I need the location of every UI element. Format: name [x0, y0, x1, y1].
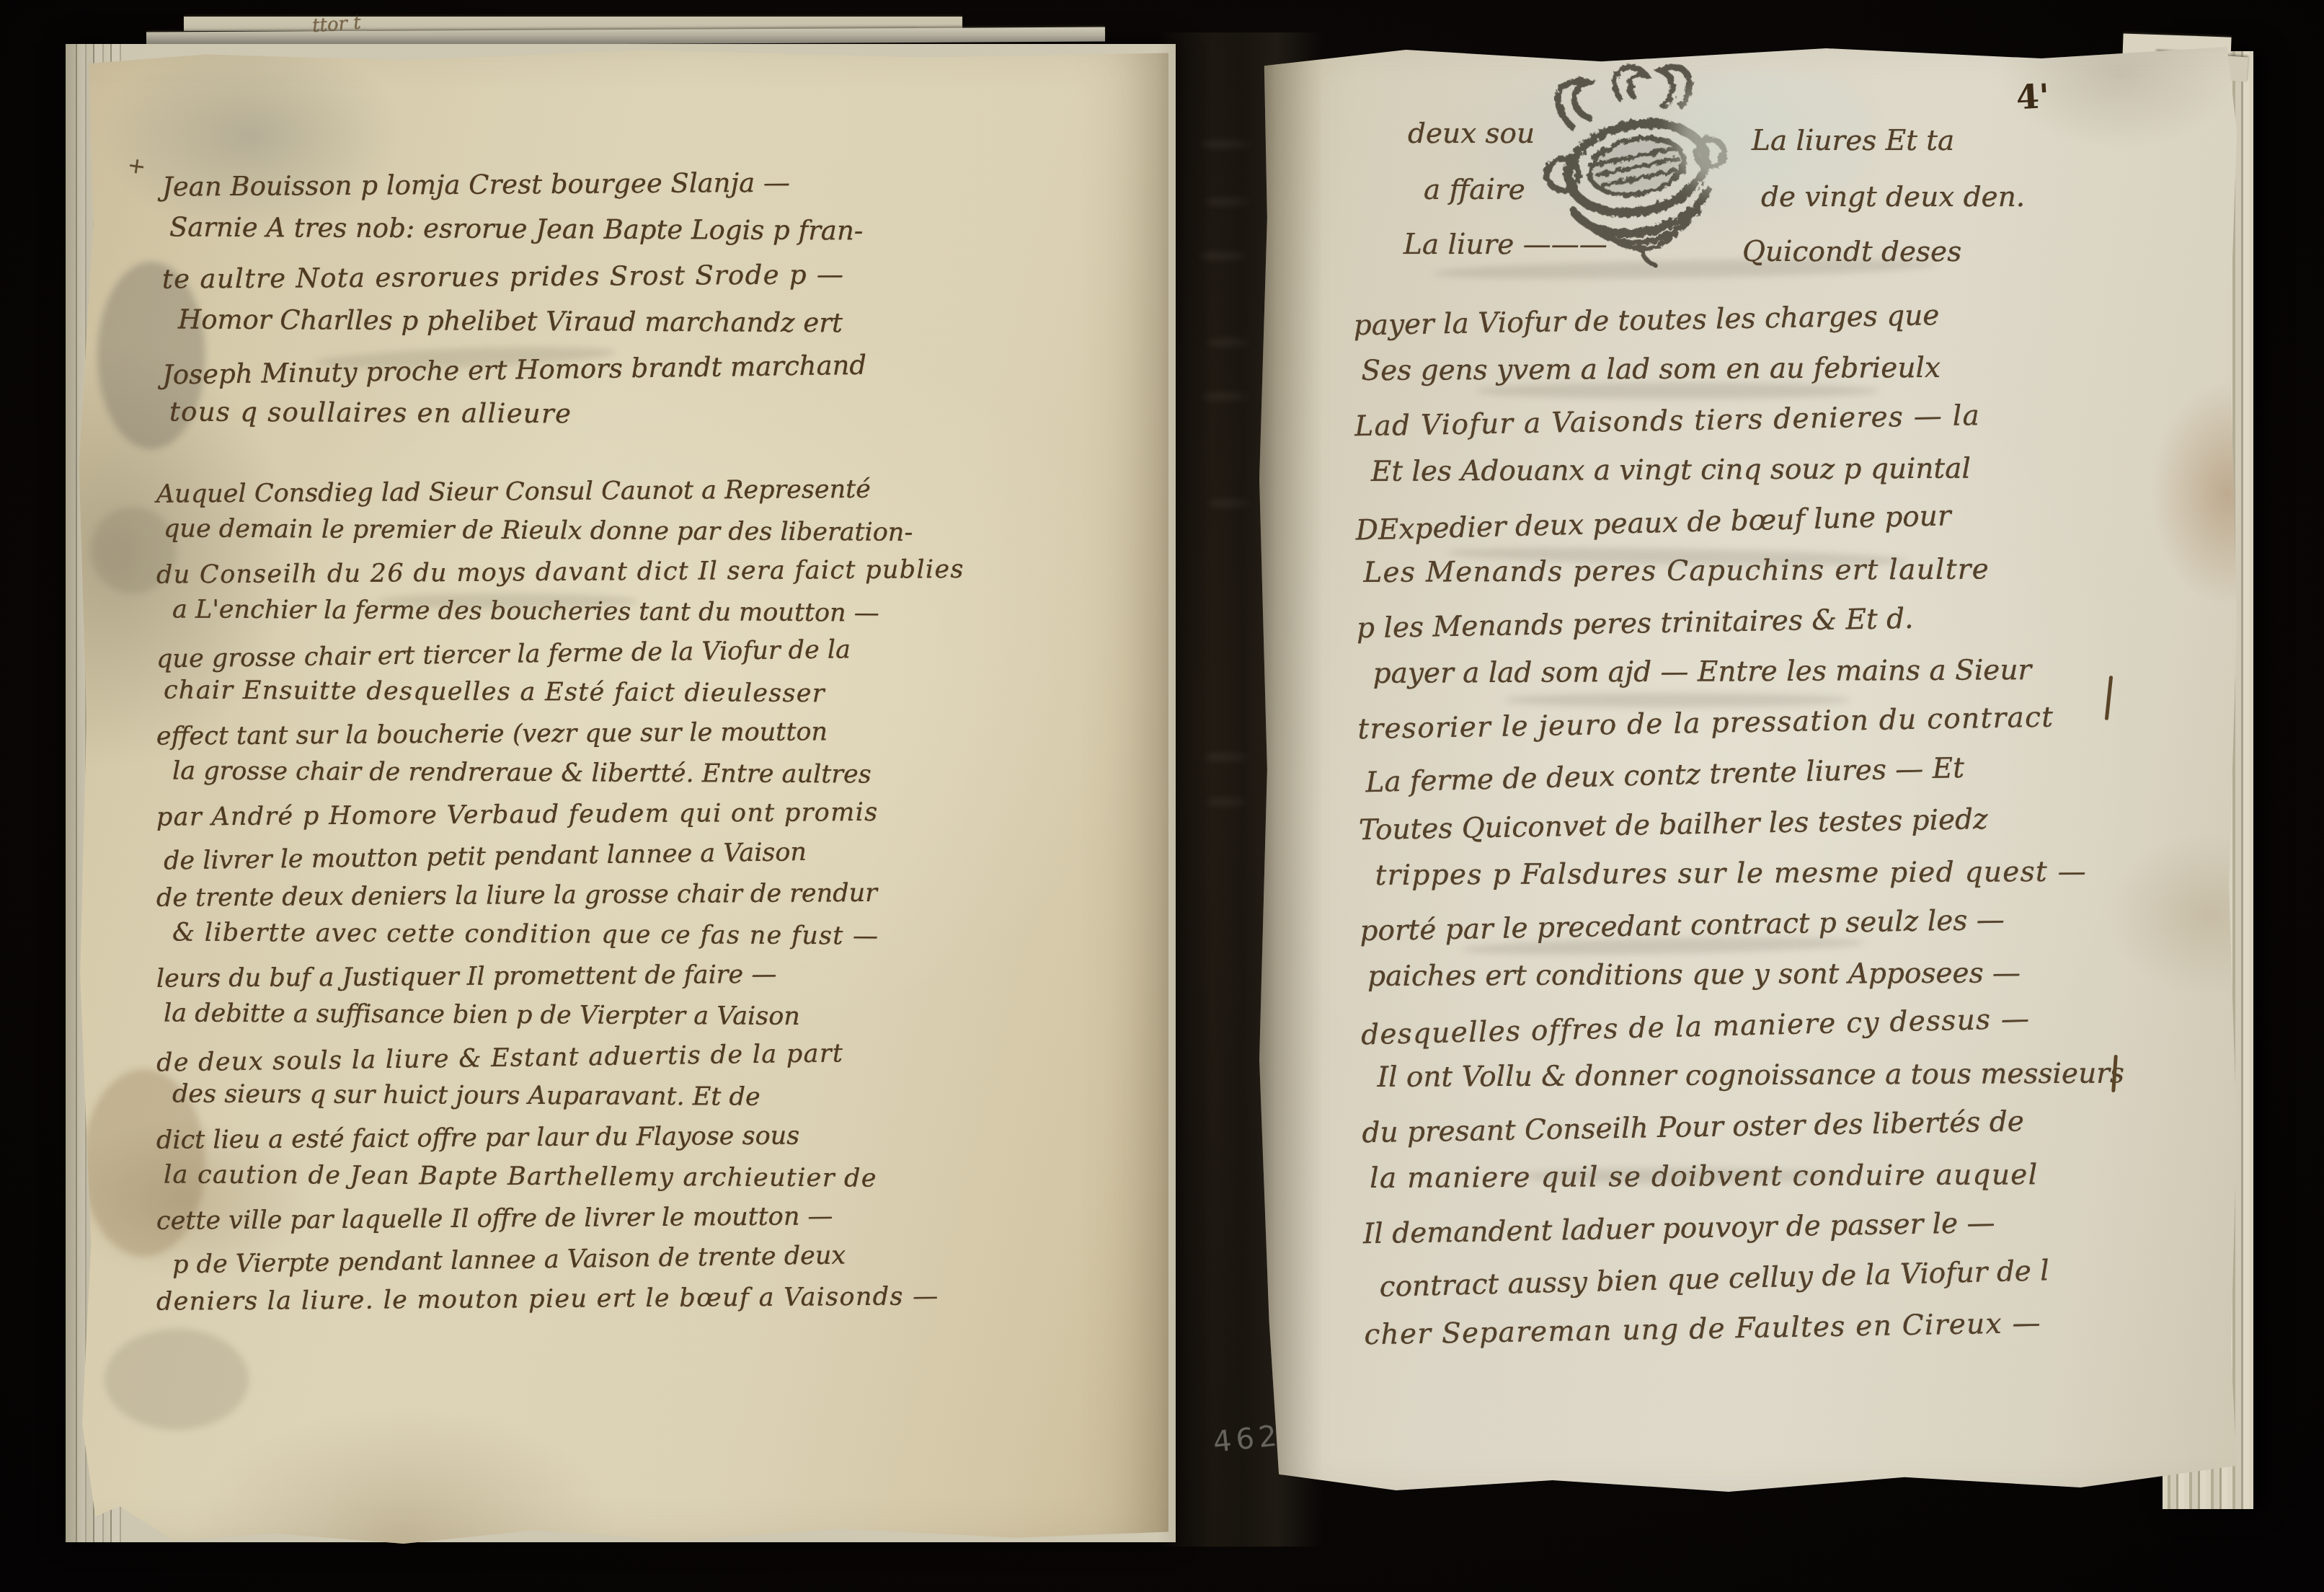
bleedthrough-dash: [1209, 500, 1249, 507]
bleedthrough-dash: [1202, 141, 1249, 148]
bleedthrough-dash: [1200, 252, 1246, 260]
photo-backdrop: ttor t + Jean Bouisson p lomja Crest bou…: [0, 0, 2324, 1592]
split-line-right: Quicondt deses: [1742, 236, 1961, 268]
left-paragraph-2: Auquel Consdieg lad Sieur Consul Caunot …: [156, 471, 1144, 1319]
handwritten-line: dict lieu a esté faict offre par laur du…: [156, 1113, 1144, 1161]
bleedthrough-dash: [1203, 393, 1248, 400]
split-line-left: La liure ———: [1403, 229, 1607, 261]
handwritten-line: la maniere quil se doibvent conduire auq…: [1370, 1149, 2213, 1204]
bleedthrough-dash: [1206, 198, 1249, 205]
handwritten-line: deniers la liure. le mouton pieu ert le …: [156, 1275, 1144, 1322]
handwritten-line: Il ont Vollu & donner cognoissance a tou…: [1377, 1048, 2212, 1103]
handwritten-line: Les Menands peres Capuchins ert laultre: [1363, 544, 2207, 598]
handwritten-line: trippes p Falsdures sur le mesme pied qu…: [1375, 846, 2210, 901]
handwritten-line: la grosse chair de rendreraue & libertté…: [172, 751, 1144, 796]
handwritten-line: effect tant sur la boucherie (vezr que s…: [156, 709, 1144, 757]
handwritten-line: la caution de Jean Bapte Barthellemy arc…: [164, 1154, 1144, 1200]
handwritten-line: Sarnie A tres nob: esrorue Jean Bapte Lo…: [169, 204, 1135, 255]
left-paragraph-1: Jean Bouisson p lomja Crest bourgee Slan…: [162, 161, 1135, 438]
handwritten-line: Auquel Consdieg lad Sieur Consul Caunot …: [156, 467, 1144, 515]
handwritten-line: Lad Viofur a Vaisonds tiers denieres — l…: [1354, 387, 2206, 453]
edge-inscription: ttor t: [311, 12, 362, 37]
handwritten-line: des sieurs q sur huict jours Auparavant.…: [172, 1074, 1144, 1119]
handwritten-line: du presant Conseilh Pour oster des liber…: [1362, 1094, 2213, 1159]
manuscript-book: ttor t + Jean Bouisson p lomja Crest bou…: [61, 32, 2267, 1561]
bleedthrough-dash: [1207, 339, 1249, 346]
handwritten-line: du Conseilh du 26 du moys davant dict Il…: [156, 548, 1144, 596]
handwritten-line: que demain le premier de Rieulx donne pa…: [164, 508, 1144, 554]
handwritten-line: Ses gens yvem a lad som en au febrieulx: [1361, 342, 2204, 397]
split-line-left: a ffaire: [1424, 174, 1525, 206]
handwritten-line: payer a lad som ajd — Entre les mains a …: [1373, 645, 2208, 699]
handwritten-line: porté par le precedant contract p seulz …: [1360, 892, 2211, 958]
archival-pencil-number: 462: [1212, 1419, 1283, 1459]
margin-mark: +: [126, 152, 148, 180]
handwritten-line: chair Ensuitte desquelles a Esté faict d…: [164, 670, 1144, 715]
handwritten-line: leurs du buf a Justiquer Il promettent d…: [156, 952, 1144, 999]
split-line-right: de vingt deux den.: [1761, 181, 2025, 213]
handwritten-line: tous q soullaires en allieure: [169, 389, 1135, 440]
handwritten-line: de trente deux deniers la liure la gross…: [156, 871, 1144, 919]
right-page-lines: payer la Viofur de toutes les charges qu…: [1353, 289, 2214, 1358]
bleedthrough-dash: [1205, 753, 1248, 761]
split-line-left: deux sou: [1408, 118, 1535, 150]
handwritten-line: Jean Bouisson p lomja Crest bourgee Slan…: [162, 157, 1135, 210]
bleedthrough-dash: [1207, 798, 1246, 805]
handwritten-line: te aultre Nota esrorues prides Srost Sro…: [162, 249, 1135, 302]
handwritten-line: & libertte avec cette condition que ce f…: [172, 912, 1144, 958]
split-line-right: La liures Et ta: [1752, 125, 1954, 157]
handwritten-line: p les Menands peres trinitaires & Et d.: [1357, 589, 2208, 655]
bleedthrough-smudge: [105, 1329, 249, 1430]
folio-number: 4': [2015, 76, 2051, 117]
